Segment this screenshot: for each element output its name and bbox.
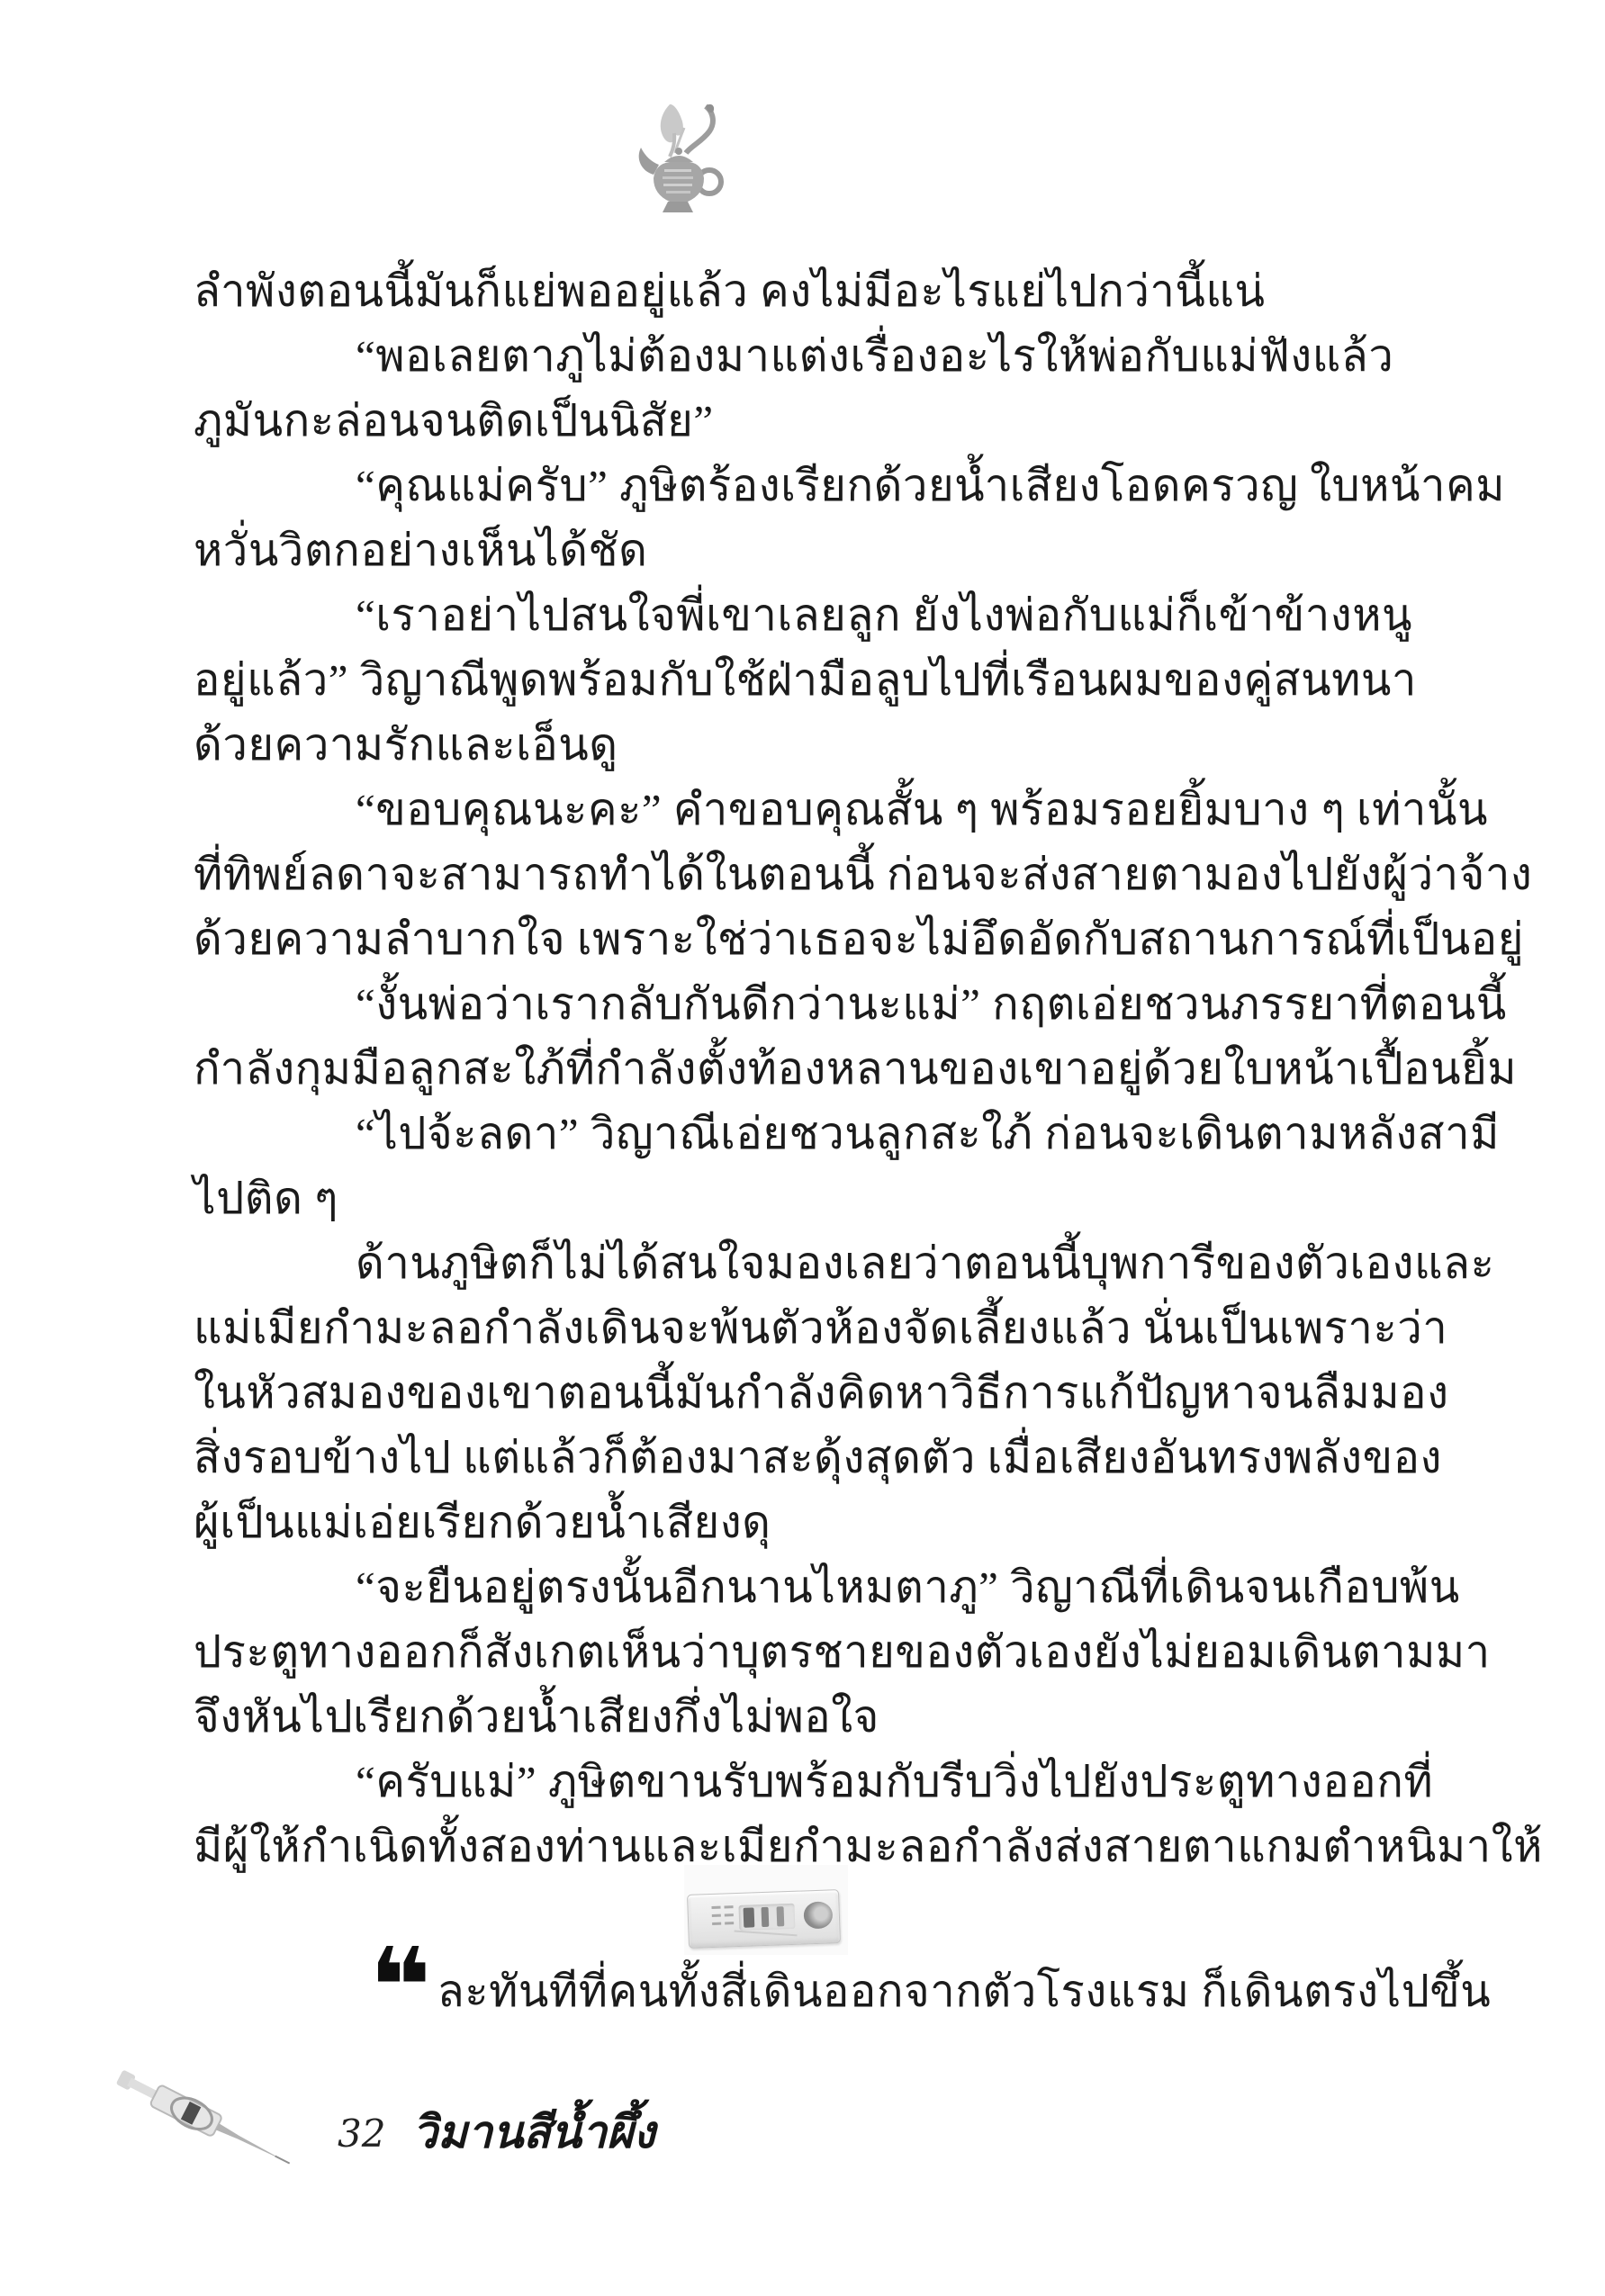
text-line: ที่ทิพย์ลดาจะสามารถทำได้ในตอนนี้ ก่อนจะส… [194,842,1355,907]
test-sample-well [803,1901,833,1929]
book-page: ลำพังตอนนี้มันก็แย่พออยู่แล้ว คงไม่มีอะไ… [0,0,1605,2296]
text-line: “งั้นพ่อว่าเรากลับกันดีกว่านะแม่” กฤตเอ่… [194,972,1355,1037]
text-line: สิ่งรอบข้างไป แต่แล้วก็ต้องมาสะดุ้งสุดตั… [194,1426,1355,1490]
text-line: “ไปจ้ะลดา” วิญาณีเอ่ยชวนลูกสะใภ้ ก่อนจะเ… [194,1102,1355,1166]
book-title: วิมานสีน้ำผึ้ง [412,2097,655,2168]
text-line: อยู่แล้ว” วิญาณีพูดพร้อมกับใช้ฝ่ามือลูบไ… [194,648,1355,713]
text-line: ในหัวสมองของเขาตอนนี้มันกำลังคิดหาวิธีกา… [194,1361,1355,1426]
page-text: ลำพังตอนนี้มันก็แย่พออยู่แล้ว คงไม่มีอะไ… [194,259,1355,1879]
genie-lamp-smoke-icon [630,101,729,227]
text-line: “คุณแม่ครับ” ภูษิตร้องเรียกด้วยน้ำเสียงโ… [194,454,1355,518]
text-line: “ขอบคุณนะคะ” คำขอบคุณสั้น ๆ พร้อมรอยยิ้ม… [194,778,1355,842]
text-line: ด้านภูษิตก็ไม่ได้สนใจมองเลยว่าตอนนี้บุพก… [194,1231,1355,1296]
text-line: ภูมันกะล่อนจนติดเป็นนิสัย” [194,389,1355,454]
text-line: “เราอย่าไปสนใจพี่เขาเลยลูก ยังไงพ่อกับแม… [194,583,1355,648]
page-number: 32 [338,2111,385,2156]
text-line: จึงหันไปเรียกด้วยน้ำเสียงกึ่งไม่พอใจ [194,1685,1355,1750]
text-line: ผู้เป็นแม่เอ่ยเรียกด้วยน้ำเสียงดุ [194,1490,1355,1555]
pregnancy-test-cassette [687,1889,841,1949]
text-line: “พอเลยตาภูไม่ต้องมาแต่งเรื่องอะไรให้พ่อก… [194,324,1355,389]
section-opening-line: ❝ ละทันทีที่คนทั้งสี่เดินออกจากตัวโรงแรม… [369,1942,1491,2041]
section-opening-text: ละทันทีที่คนทั้งสี่เดินออกจากตัวโรงแรม ก… [437,1942,1492,2041]
text-line: “จะยืนอยู่ตรงนั้นอีกนานไหมตาภู” วิญาณีที… [194,1555,1355,1620]
test-result-window [738,1904,795,1931]
test-label-marks [711,1905,735,1933]
text-line: ลำพังตอนนี้มันก็แย่พออยู่แล้ว คงไม่มีอะไ… [194,259,1355,324]
text-line: กำลังกุมมือลูกสะใภ้ที่กำลังตั้งท้องหลานข… [194,1037,1355,1102]
text-line: “ครับแม่” ภูษิตขานรับพร้อมกับรีบวิ่งไปยั… [194,1750,1355,1814]
text-line: แม่เมียกำมะลอกำลังเดินจะพ้นตัวห้องจัดเลี… [194,1296,1355,1361]
text-line: ด้วยความลำบากใจ เพราะใช่ว่าเธอจะไม่อึดอั… [194,907,1355,972]
drop-cap-quote: ❝ [369,1941,432,2031]
text-line: ด้วยความรักและเอ็นดู [194,713,1355,778]
syringe-icon [115,2063,331,2198]
text-line: ประตูทางออกก็สังเกตเห็นว่าบุตรชายของตัวเ… [194,1620,1355,1685]
text-line: หวั่นวิตกอย่างเห็นได้ชัด [194,518,1355,583]
text-line: ไปติด ๆ [194,1166,1355,1231]
